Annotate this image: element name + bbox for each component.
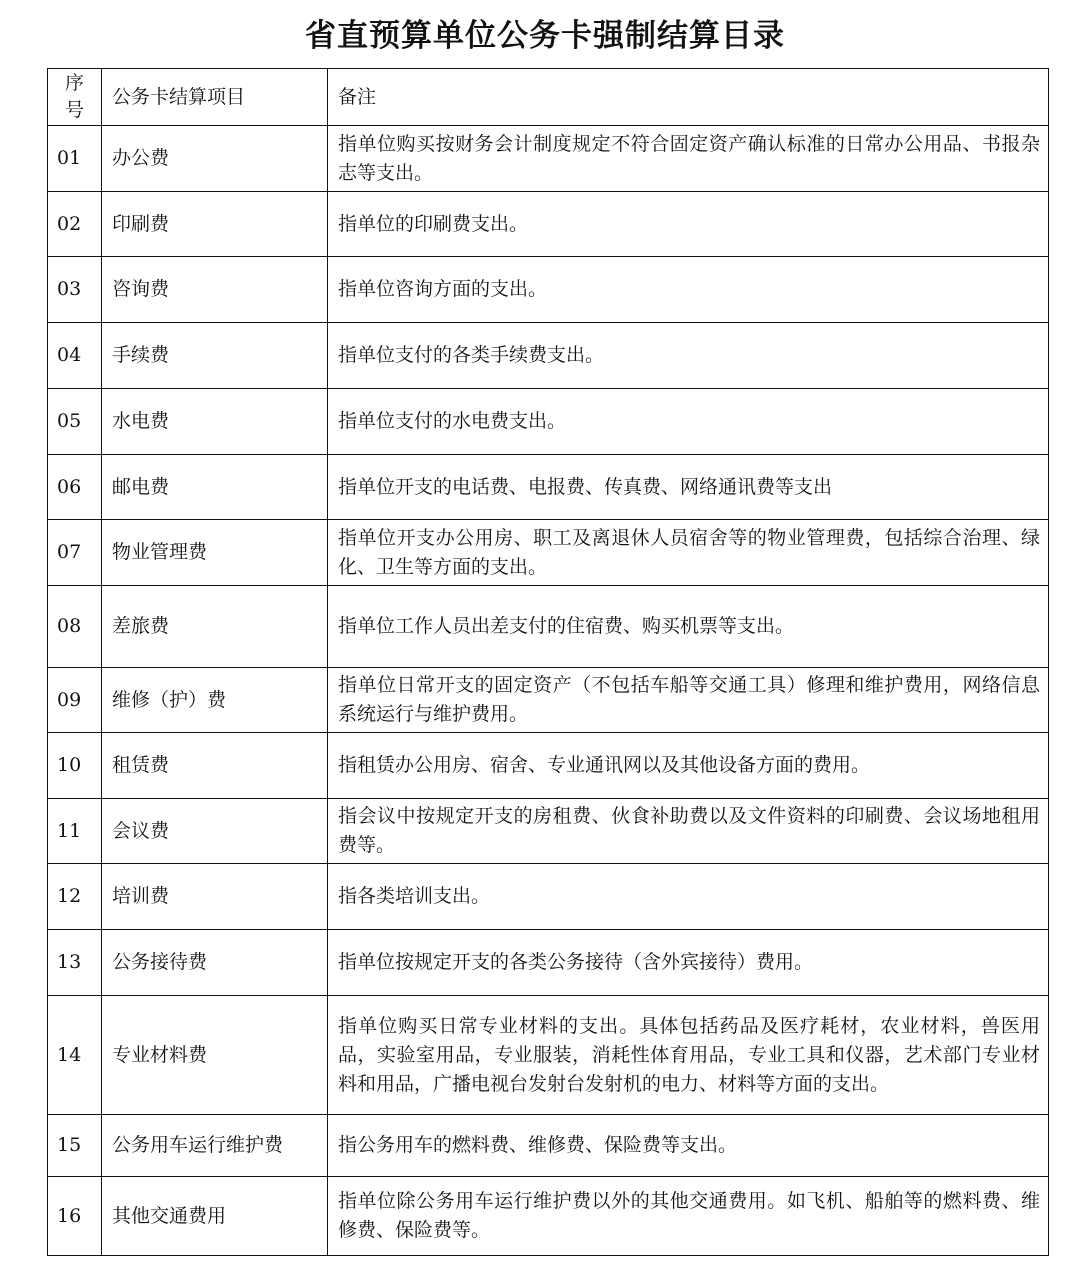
row-number: 12 <box>48 864 102 930</box>
table-row: 15 公务用车运行维护费 指公务用车的燃料费、维修费、保险费等支出。 <box>48 1115 1049 1177</box>
row-number: 04 <box>48 323 102 389</box>
row-number: 11 <box>48 799 102 864</box>
row-item: 水电费 <box>102 389 328 455</box>
row-note: 指单位开支办公用房、职工及离退休人员宿舍等的物业管理费，包括综合治理、绿化、卫生… <box>328 520 1049 586</box>
row-item: 办公费 <box>102 126 328 192</box>
row-item: 手续费 <box>102 323 328 389</box>
row-number: 15 <box>48 1115 102 1177</box>
row-item: 咨询费 <box>102 257 328 323</box>
row-number: 10 <box>48 733 102 799</box>
header-note: 备注 <box>328 69 1049 126</box>
table-row: 02 印刷费 指单位的印刷费支出。 <box>48 192 1049 257</box>
row-number: 09 <box>48 668 102 733</box>
row-number: 06 <box>48 455 102 520</box>
row-note: 指单位按规定开支的各类公务接待（含外宾接待）费用。 <box>328 930 1049 996</box>
row-note: 指单位支付的各类手续费支出。 <box>328 323 1049 389</box>
row-item: 租赁费 <box>102 733 328 799</box>
row-number: 07 <box>48 520 102 586</box>
header-serial-number: 序 号 <box>48 69 102 126</box>
row-item: 公务接待费 <box>102 930 328 996</box>
table-row: 05 水电费 指单位支付的水电费支出。 <box>48 389 1049 455</box>
table-row: 07 物业管理费 指单位开支办公用房、职工及离退休人员宿舍等的物业管理费，包括综… <box>48 520 1049 586</box>
row-number: 02 <box>48 192 102 257</box>
table-row: 12 培训费 指各类培训支出。 <box>48 864 1049 930</box>
row-note: 指租赁办公用房、宿舍、专业通讯网以及其他设备方面的费用。 <box>328 733 1049 799</box>
table-row: 04 手续费 指单位支付的各类手续费支出。 <box>48 323 1049 389</box>
row-number: 01 <box>48 126 102 192</box>
table-header-row: 序 号 公务卡结算项目 备注 <box>48 69 1049 126</box>
row-item: 公务用车运行维护费 <box>102 1115 328 1177</box>
row-item: 邮电费 <box>102 455 328 520</box>
settlement-catalog-table: 序 号 公务卡结算项目 备注 01 办公费 指单位购买按财务会计制度规定不符合固… <box>47 68 1049 1256</box>
table-row: 14 专业材料费 指单位购买日常专业材料的支出。具体包括药品及医疗耗材，农业材料… <box>48 996 1049 1115</box>
row-note: 指单位日常开支的固定资产（不包括车船等交通工具）修理和维护费用，网络信息系统运行… <box>328 668 1049 733</box>
table-row: 09 维修（护）费 指单位日常开支的固定资产（不包括车船等交通工具）修理和维护费… <box>48 668 1049 733</box>
row-note: 指公务用车的燃料费、维修费、保险费等支出。 <box>328 1115 1049 1177</box>
table-row: 01 办公费 指单位购买按财务会计制度规定不符合固定资产确认标准的日常办公用品、… <box>48 126 1049 192</box>
header-serial-line1: 序 <box>48 70 101 97</box>
row-number: 08 <box>48 586 102 668</box>
row-item: 物业管理费 <box>102 520 328 586</box>
row-note: 指各类培训支出。 <box>328 864 1049 930</box>
row-item: 专业材料费 <box>102 996 328 1115</box>
table-row: 03 咨询费 指单位咨询方面的支出。 <box>48 257 1049 323</box>
row-note: 指单位购买按财务会计制度规定不符合固定资产确认标准的日常办公用品、书报杂志等支出… <box>328 126 1049 192</box>
row-item: 维修（护）费 <box>102 668 328 733</box>
row-item: 会议费 <box>102 799 328 864</box>
header-serial-line2: 号 <box>48 97 101 124</box>
table-row: 11 会议费 指会议中按规定开支的房租费、伙食补助费以及文件资料的印刷费、会议场… <box>48 799 1049 864</box>
row-note: 指单位支付的水电费支出。 <box>328 389 1049 455</box>
row-note: 指单位购买日常专业材料的支出。具体包括药品及医疗耗材，农业材料，兽医用品，实验室… <box>328 996 1049 1115</box>
table-row: 06 邮电费 指单位开支的电话费、电报费、传真费、网络通讯费等支出 <box>48 455 1049 520</box>
document-title: 省直预算单位公务卡强制结算目录 <box>0 14 1090 58</box>
row-item: 其他交通费用 <box>102 1177 328 1256</box>
row-number: 13 <box>48 930 102 996</box>
row-note: 指单位工作人员出差支付的住宿费、购买机票等支出。 <box>328 586 1049 668</box>
row-note: 指单位咨询方面的支出。 <box>328 257 1049 323</box>
row-item: 印刷费 <box>102 192 328 257</box>
row-note: 指单位的印刷费支出。 <box>328 192 1049 257</box>
row-note: 指单位除公务用车运行维护费以外的其他交通费用。如飞机、船舶等的燃料费、维修费、保… <box>328 1177 1049 1256</box>
row-number: 14 <box>48 996 102 1115</box>
row-number: 03 <box>48 257 102 323</box>
row-item: 培训费 <box>102 864 328 930</box>
row-note: 指单位开支的电话费、电报费、传真费、网络通讯费等支出 <box>328 455 1049 520</box>
table-row: 08 差旅费 指单位工作人员出差支付的住宿费、购买机票等支出。 <box>48 586 1049 668</box>
header-item: 公务卡结算项目 <box>102 69 328 126</box>
row-item: 差旅费 <box>102 586 328 668</box>
row-number: 16 <box>48 1177 102 1256</box>
table-row: 13 公务接待费 指单位按规定开支的各类公务接待（含外宾接待）费用。 <box>48 930 1049 996</box>
table-row: 16 其他交通费用 指单位除公务用车运行维护费以外的其他交通费用。如飞机、船舶等… <box>48 1177 1049 1256</box>
row-number: 05 <box>48 389 102 455</box>
row-note: 指会议中按规定开支的房租费、伙食补助费以及文件资料的印刷费、会议场地租用费等。 <box>328 799 1049 864</box>
table-row: 10 租赁费 指租赁办公用房、宿舍、专业通讯网以及其他设备方面的费用。 <box>48 733 1049 799</box>
